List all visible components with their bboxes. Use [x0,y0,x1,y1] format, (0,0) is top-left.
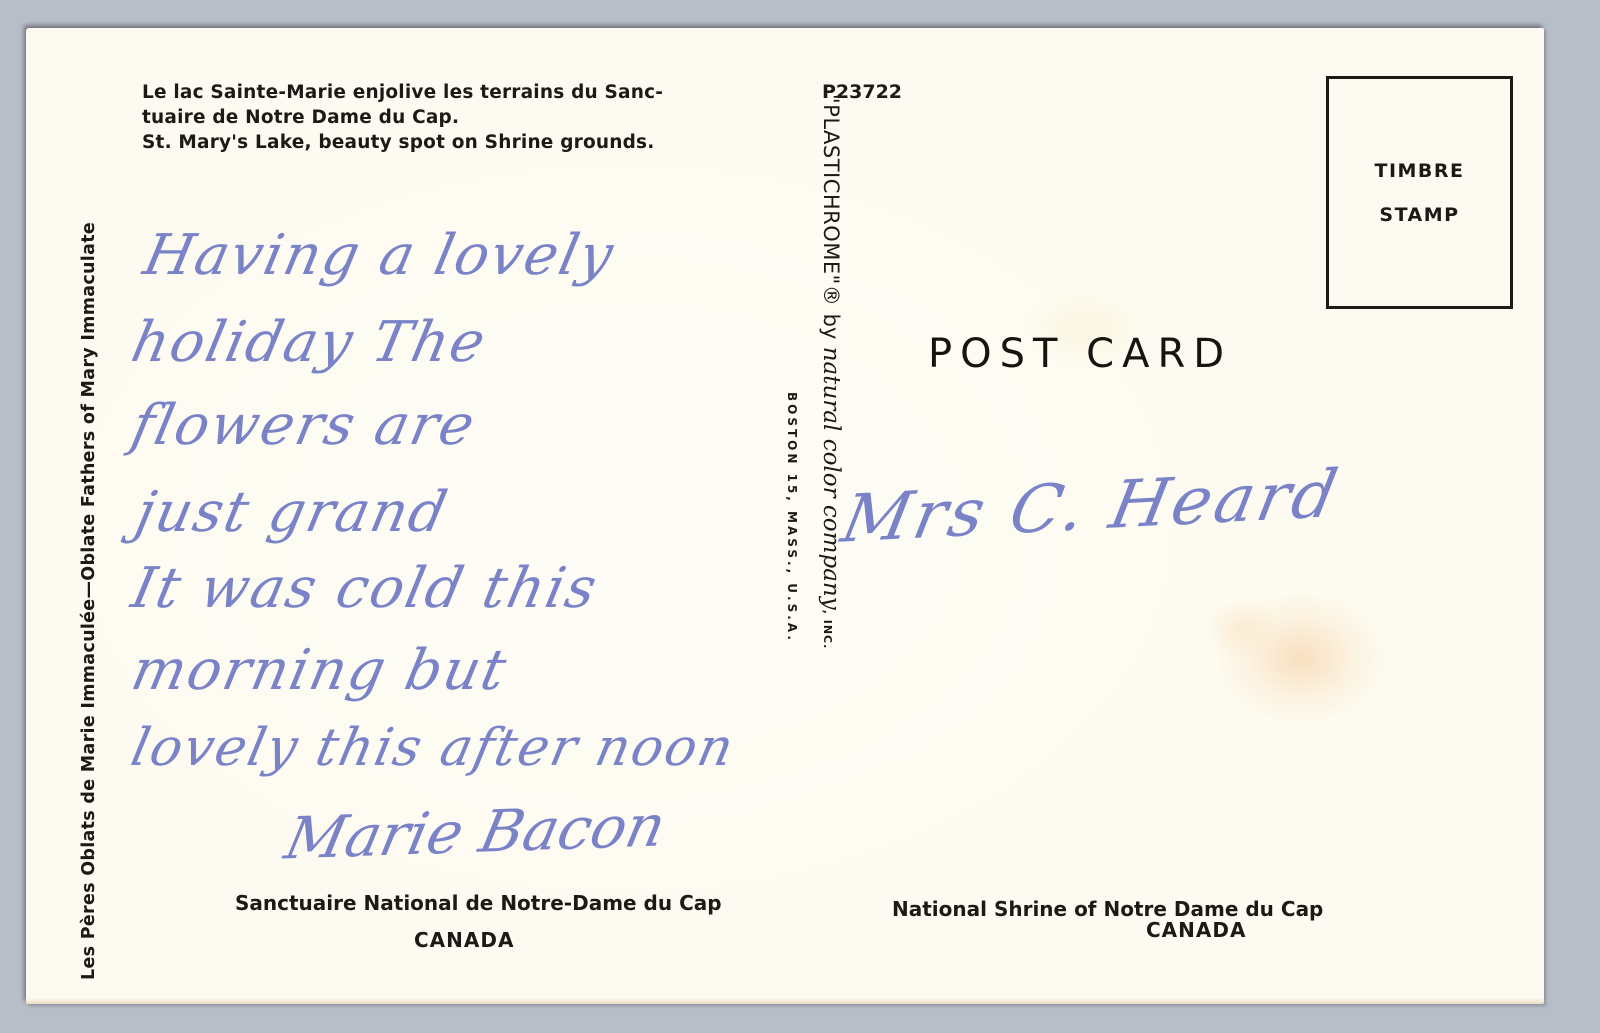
message-line-2: holiday The [126,310,493,375]
caption-text: Le lac Sainte-Marie enjolive les terrain… [142,80,782,155]
publisher-brand: "PLASTICHROME"® [819,94,843,306]
caption-line-2: tuaire de Notre Dame du Cap. [142,105,782,130]
postcard-title: POST CARD [928,331,1232,377]
recipient-address: Mrs C. Heard [836,455,1347,558]
left-margin-text: Les Pères Oblats de Marie Immaculée—Obla… [79,222,99,980]
signature: Marie Bacon [279,791,672,872]
postcard-back: Le lac Sainte-Marie enjolive les terrain… [26,28,1544,1004]
publisher-city: BOSTON 15, MASS., U.S.A. [785,392,799,643]
publisher-inc: , INC. [821,610,834,650]
message-line-4: just grand [130,480,454,545]
publisher-by: by [819,314,843,340]
message-line-3: flowers are [126,393,482,458]
message-line-7: lovely this after noon [126,718,741,778]
stamp-label-english: STAMP [1379,204,1459,226]
stamp-label-french: TIMBRE [1374,160,1464,182]
message-line-5: It was cold this [126,556,604,621]
caption-line-1: Le lac Sainte-Marie enjolive les terrain… [142,80,782,105]
stamp-box: TIMBRE STAMP [1326,76,1513,309]
message-line-1: Having a lovely [138,223,620,288]
footer-french-name: Sanctuaire National de Notre-Dame du Cap [235,891,722,915]
caption-line-3: St. Mary's Lake, beauty spot on Shrine g… [142,130,782,155]
publisher-credit: "PLASTICHROME"® by natural color company… [818,94,844,649]
footer-english-country: CANADA [1146,918,1246,942]
publisher-company: natural color company [818,347,844,610]
footer-french-country: CANADA [414,928,514,952]
footer-english-name: National Shrine of Notre Dame du Cap [892,897,1323,921]
message-line-6: morning but [126,638,514,703]
